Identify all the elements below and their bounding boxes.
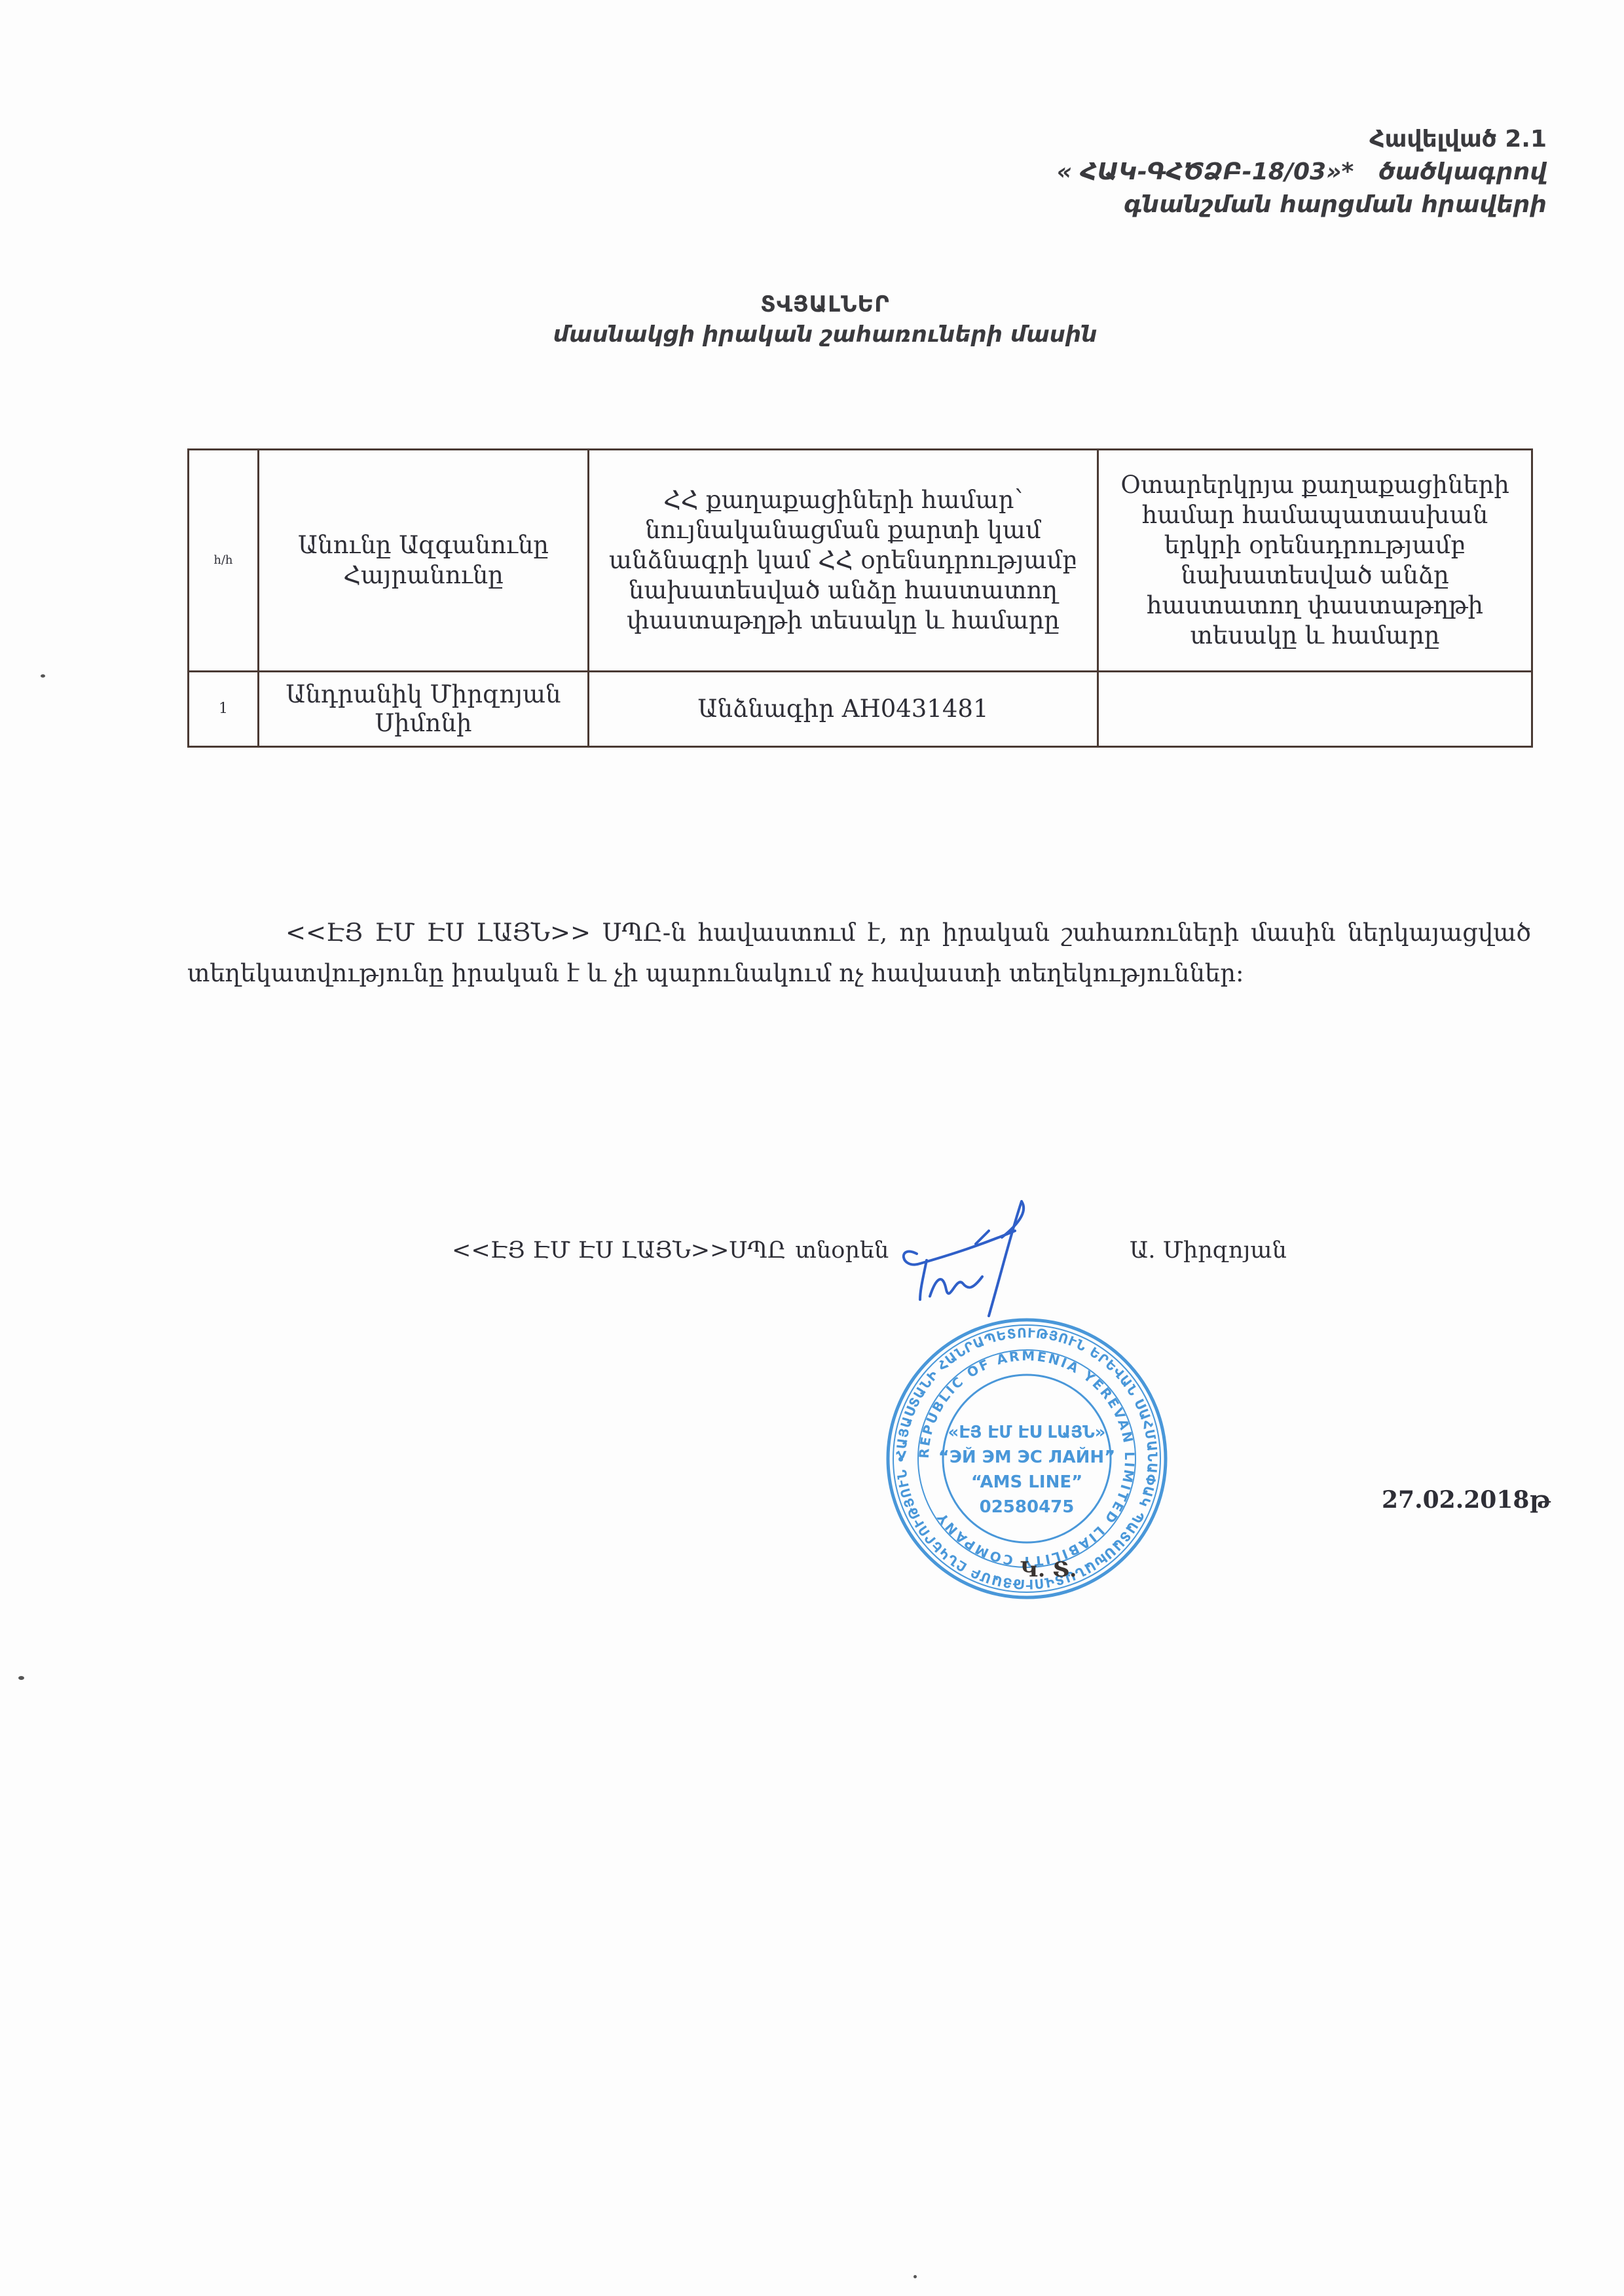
cell-full-name: Անդրանիկ Միրզոյան Սիմոնի [259,672,589,747]
handwritten-signature-icon [891,1192,1048,1322]
company-name: <<ԷՅ ԷՄ ԷՍ ԼԱՅՆ>>ՍՊԸ [452,1237,786,1264]
cell-am-document: Անձնագիր AH0431481 [589,672,1098,747]
invitation-label: գնանշման հարցման հրավերի [1057,189,1547,221]
header-full-name: Անունը Ազգանունը Հայրանունը [259,450,589,672]
svg-text:«ԷՅ ԷՄ ԷՍ ԼԱՅՆ»: «ԷՅ ԷՄ ԷՍ ԼԱՅՆ» [948,1423,1106,1442]
document-title: ՏՎՅԱԼՆԵՐ մասնակցի իրական շահառուների մաս… [0,289,1624,350]
cell-foreign-document [1098,672,1532,747]
svg-text:02580475: 02580475 [980,1497,1075,1517]
svg-text:“ЭЙ ЭМ ЭС ЛАЙН”: “ЭЙ ЭМ ЭС ЛАЙН” [938,1446,1116,1467]
svg-text:“AMS LINE”: “AMS LINE” [971,1472,1082,1492]
document-date: 27.02.2018թ [1382,1486,1551,1514]
table-row: 1 Անդրանիկ Միրզոյան Սիմոնի Անձնագիր AH04… [189,672,1532,747]
scan-speck [18,1676,24,1680]
appendix-code-line: « ՀԱԿ-ԳՀԾՁԲ-18/03»* ծածկագրով [1057,156,1547,189]
scan-speck [41,674,45,678]
procurement-code: « ՀԱԿ-ԳՀԾՁԲ-18/03»* [1057,158,1354,185]
code-label: ծածկագրով [1378,158,1547,185]
header-number: հ/հ [189,450,259,672]
header-am-document: ՀՀ քաղաքացիների համար՝ նույնականացման քա… [589,450,1098,672]
attestation-statement: <<ԷՅ ԷՄ ԷՍ ԼԱՅՆ>> ՍՊԸ-ն հավաստում է, որ … [187,913,1531,994]
signatory-role: տնօրեն [795,1237,889,1264]
signer-name: Ա. Միրզոյան [1130,1237,1287,1264]
header-foreign-document: Օտարերկրյա քաղաքացիների համար համապատասխ… [1098,450,1532,672]
cell-number: 1 [189,672,259,747]
title-subtitle: մասնակցի իրական շահառուների մասին [26,319,1624,350]
document-page: Հավելված 2.1 « ՀԱԿ-ԳՀԾՁԲ-18/03»* ծածկագր… [0,0,1624,2296]
beneficial-owners-table: հ/հ Անունը Ազգանունը Հայրանունը ՀՀ քաղաք… [187,448,1533,748]
appendix-reference: Հավելված 2.1 « ՀԱԿ-ԳՀԾՁԲ-18/03»* ծածկագր… [1057,123,1547,221]
title-main: ՏՎՅԱԼՆԵՐ [26,289,1624,319]
seal-place-label: Կ. Տ. [1020,1557,1077,1582]
appendix-number: Հավելված 2.1 [1057,123,1547,156]
table-header-row: հ/հ Անունը Ազգանունը Հայրանունը ՀՀ քաղաք… [189,450,1532,672]
signatory-title: <<ԷՅ ԷՄ ԷՍ ԼԱՅՆ>>ՍՊԸտնօրեն [452,1237,889,1264]
scan-speck [913,2275,917,2278]
